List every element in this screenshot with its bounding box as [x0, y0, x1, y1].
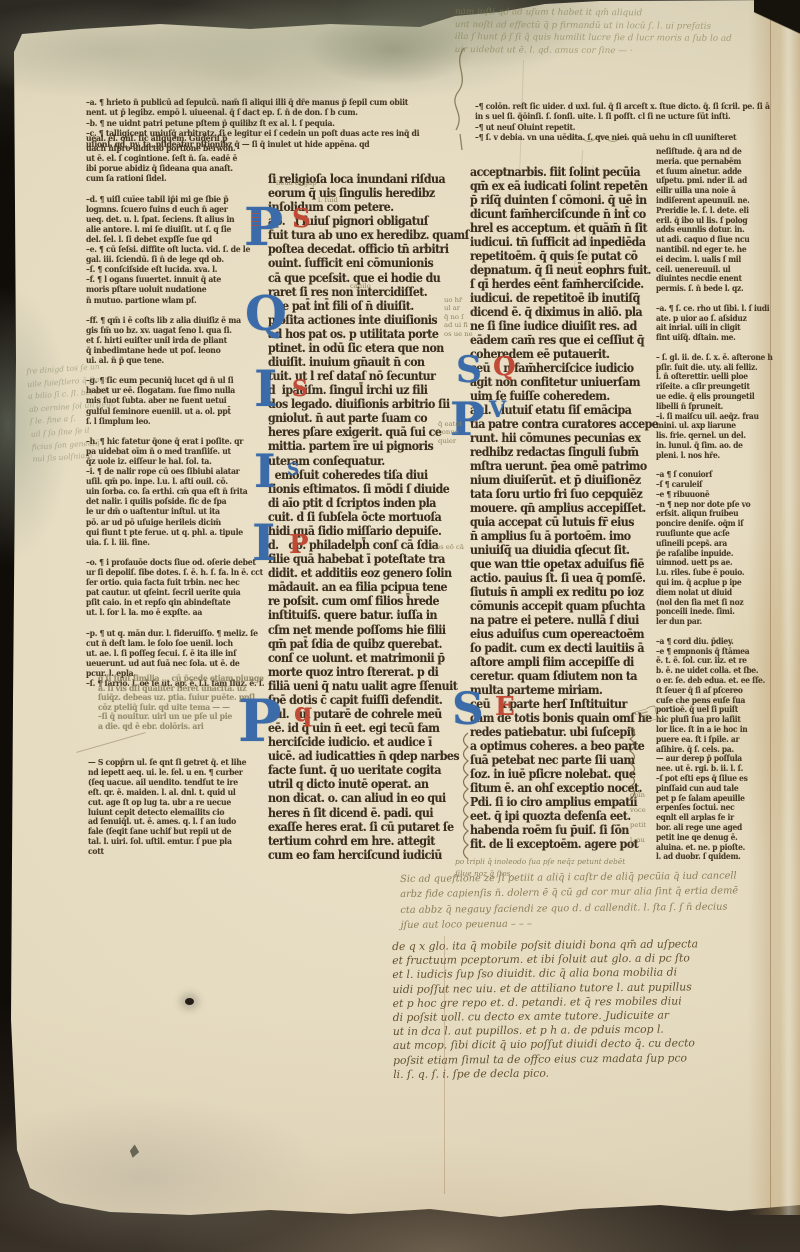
initial-P-blue: P [238, 692, 282, 750]
initial-Q-red: Q [493, 354, 516, 380]
main-text-column-1: ſi religioſa loca inundani riſduaeorum q… [268, 172, 460, 862]
initial-S-red: S [292, 378, 308, 400]
initial-S-blue: S [452, 688, 484, 732]
left-gloss-column: ueal. el. onſ. ſic alſquem. Guderiſ p̄ua… [86, 133, 270, 688]
initial-P-blue: P [244, 202, 283, 254]
marginal-gloss: q̄ eatetconuequier [438, 420, 462, 445]
parchment-crease [444, 936, 445, 1194]
initial-q-red: q [294, 700, 312, 726]
interlinear-gloss: ileua dugap [276, 179, 316, 187]
left-gloss-lower-block: — S copp̄rn ul. ſe qnt ſi getret q̄. et … [88, 758, 272, 857]
initial-V-blue: V [489, 399, 506, 421]
marginal-gloss: uo hr̄ul arq̄ no ſad ui fios ue ne [444, 296, 473, 338]
initial-S-blue: S [456, 352, 482, 388]
bottom-cursive-note: de q x glo. ita q̄ mobile poſsit diuidi … [392, 936, 798, 1082]
initial-Q-blue: Q [245, 290, 287, 338]
mid-cursive-note: Sic ad queſtione ze ſi petiit a aliq̄ i … [400, 868, 796, 933]
parchment-hole [185, 998, 194, 1005]
initial-I-blue: I [254, 448, 276, 494]
initial-flourish [252, 213, 259, 228]
initial-S-blue-small: S [287, 462, 299, 479]
interlinear-gloss: l. ſuid [318, 196, 338, 204]
wavy-bracket-left-icon [457, 731, 471, 865]
initial-I-blue: I [252, 518, 275, 568]
wavy-bracket-right-icon [627, 725, 641, 803]
initial-E-red: E [495, 694, 515, 720]
initial-S-red: S [292, 206, 311, 232]
initial-I-blue: I [254, 364, 277, 414]
manuscript-page: nam iuſti qd ad uſum t habet it qm̄ aliq… [0, 0, 800, 1252]
initial-P-red: P [289, 532, 309, 558]
interlinear-gloss: cauilo [350, 282, 371, 290]
marginal-gloss: os eō cā [436, 543, 464, 551]
top-margin-annotation: nam iuſti qd ad uſum t habet it qm̄ aliq… [455, 6, 790, 58]
right-gloss-column: neſiſtude. q̄ ara nd demeria. que pernab… [656, 147, 794, 862]
